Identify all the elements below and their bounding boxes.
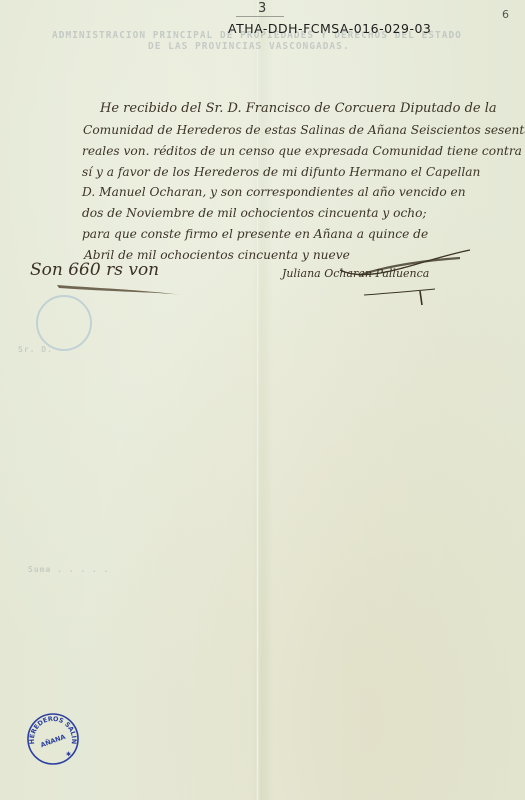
juliana-signature: Juliana Ocharan Palluenca bbox=[282, 267, 429, 280]
page-number-underline bbox=[236, 16, 284, 17]
amount-signature: Son 660 rs von bbox=[30, 260, 159, 280]
body-line-1: He recibido del Sr. D. Francisco de Corc… bbox=[100, 101, 497, 116]
body-line-6: dos de Noviembre de mil ochocientos cinc… bbox=[82, 206, 427, 220]
signature-rubric bbox=[360, 285, 440, 310]
document-page: 3 6 ADMINISTRACION PRINCIPAL DE PROPIEDA… bbox=[0, 0, 525, 800]
body-line-2: Comunidad de Herederos de estas Salinas … bbox=[83, 123, 525, 137]
body-line-5: D. Manuel Ocharan, y son correspondiente… bbox=[82, 185, 466, 199]
svg-text:AÑANA: AÑANA bbox=[39, 732, 66, 749]
archive-reference-code: ATHA-DDH-FCMSA-016-029-03 bbox=[228, 21, 431, 36]
closing-flourish bbox=[330, 230, 480, 290]
page-number-corner: 6 bbox=[502, 8, 509, 21]
body-line-3: reales von. réditos de un censo que expr… bbox=[82, 144, 522, 158]
bleed-through-text-1: Sr. D. bbox=[18, 345, 53, 354]
page-fold bbox=[256, 0, 259, 800]
svg-text:✱: ✱ bbox=[66, 751, 71, 758]
page-number-top: 3 bbox=[258, 1, 266, 16]
bleed-through-text-2: Suma . . . . . bbox=[28, 565, 109, 574]
body-line-4: sí y a favor de los Herederos de mi difu… bbox=[82, 165, 480, 179]
herederos-salinas-stamp: C. HEREDEROS SALINAS AÑANA ✱ bbox=[26, 712, 80, 766]
printed-header-line2: DE LAS PROVINCIAS VASCONGADAS. bbox=[148, 41, 350, 52]
faded-stamp bbox=[36, 295, 92, 351]
